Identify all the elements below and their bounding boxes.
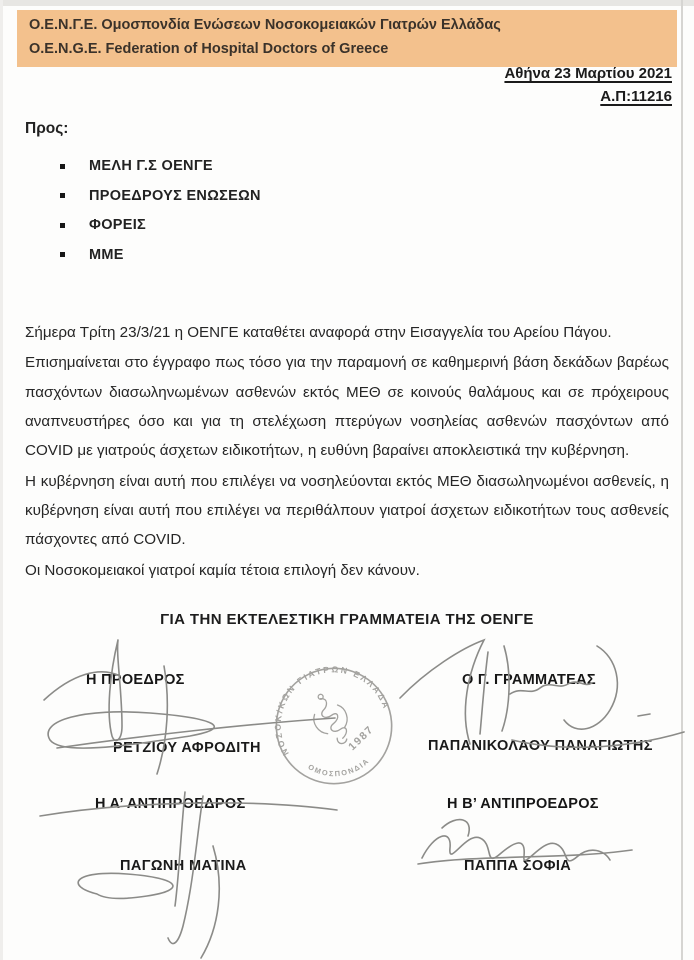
signature-role-vice-president-b: Η Β’ ΑΝΤΙΠΡΟΕΔΡΟΣ bbox=[447, 796, 599, 812]
org-header-banner: Ο.Ε.Ν.Γ.Ε. Ομοσπονδία Ενώσεων Νοσοκομεια… bbox=[17, 10, 677, 67]
signature-name-president: ΡΕΤΖΙΟΥ ΑΦΡΟΔΙΤΗ bbox=[113, 740, 261, 756]
bullet-square-icon bbox=[60, 223, 65, 228]
recipient-item: ΜΜΕ bbox=[60, 247, 261, 263]
recipient-item: ΦΟΡΕΙΣ bbox=[60, 217, 261, 233]
bullet-square-icon bbox=[60, 193, 65, 198]
closing-title: ΓΙΑ ΤΗΝ ΕΚΤΕΛΕΣΤΙΚΗ ΓΡΑΜΜΑΤΕΙΑ ΤΗΣ ΟΕΝΓΕ bbox=[0, 611, 694, 628]
recipients-label: Προς: bbox=[25, 120, 68, 138]
org-name-greek: Ο.Ε.Ν.Γ.Ε. Ομοσπονδία Ενώσεων Νοσοκομεια… bbox=[29, 14, 665, 38]
signature-role-vice-president-a: Η Α’ ΑΝΤΙΠΡΟΕΔΡΟΣ bbox=[95, 796, 245, 812]
svg-text:ΝΟΣΟΚ/ΚΩΝ ΓΙΑΤΡΩΝ ΕΛΛΑΔΑΣ: ΝΟΣΟΚ/ΚΩΝ ΓΙΑΤΡΩΝ ΕΛΛΑΔΑΣ bbox=[240, 632, 392, 766]
signature-role-president: Η ΠΡΟΕΔΡΟΣ bbox=[86, 672, 185, 688]
bullet-square-icon bbox=[60, 252, 65, 257]
body-paragraph: Επισημαίνεται στο έγγραφο πως τόσο για τ… bbox=[25, 348, 669, 465]
letter-date: Αθήνα 23 Μαρτίου 2021 bbox=[504, 62, 672, 85]
signature-name-vice-president-b: ΠΑΠΠΑ ΣΟΦΙΑ bbox=[464, 858, 571, 874]
org-name-english: O.E.N.G.E. Federation of Hospital Doctor… bbox=[29, 38, 665, 62]
signature-scribble-vice-president-b bbox=[412, 806, 668, 886]
recipient-item-label: ΜΕΛΗ Γ.Σ ΟΕΝΓΕ bbox=[89, 158, 213, 174]
recipient-item-label: ΜΜΕ bbox=[89, 247, 124, 263]
signature-name-gen-secretary: ΠΑΠΑΝΙΚΟΛΑΟΥ ΠΑΝΑΓΙΩΤΗΣ bbox=[428, 738, 653, 754]
protocol-number: Α.Π:11216 bbox=[504, 85, 672, 108]
recipient-item-label: ΦΟΡΕΙΣ bbox=[89, 217, 146, 233]
photo-edge-left bbox=[0, 0, 3, 960]
stamp-ring-text-top: ΝΟΣΟΚ/ΚΩΝ ΓΙΑΤΡΩΝ ΕΛΛΑΔΑΣ bbox=[240, 632, 392, 766]
recipient-item: ΜΕΛΗ Γ.Σ ΟΕΝΓΕ bbox=[60, 158, 261, 174]
recipient-item: ΠΡΟΕΔΡΟΥΣ ΕΝΩΣΕΩΝ bbox=[60, 188, 261, 204]
body-paragraph: Οι Νοσοκομειακοί γιατροί καμία τέτοια επ… bbox=[25, 556, 669, 585]
bullet-square-icon bbox=[60, 164, 65, 169]
recipient-item-label: ΠΡΟΕΔΡΟΥΣ ΕΝΩΣΕΩΝ bbox=[89, 188, 261, 204]
recipients-list: ΜΕΛΗ Γ.Σ ΟΕΝΓΕ ΠΡΟΕΔΡΟΥΣ ΕΝΩΣΕΩΝ ΦΟΡΕΙΣ … bbox=[60, 158, 261, 276]
signature-name-vice-president-a: ΠΑΓΩΝΗ ΜΑΤΙΝΑ bbox=[120, 858, 247, 874]
body-paragraph: Η κυβέρνηση είναι αυτή που επιλέγει να ν… bbox=[25, 467, 669, 555]
letter-document: Ο.Ε.Ν.Γ.Ε. Ομοσπονδία Ενώσεων Νοσοκομεια… bbox=[0, 0, 694, 960]
body-paragraph: Σήμερα Τρίτη 23/3/21 η ΟΕΝΓΕ καταθέτει α… bbox=[25, 318, 669, 347]
letter-meta: Αθήνα 23 Μαρτίου 2021 Α.Π:11216 bbox=[504, 62, 672, 109]
photo-edge-right bbox=[681, 0, 683, 960]
letter-body: Σήμερα Τρίτη 23/3/21 η ΟΕΝΓΕ καταθέτει α… bbox=[25, 318, 669, 586]
signature-role-gen-secretary: Ο Γ. ΓΡΑΜΜΑΤΕΑΣ bbox=[462, 672, 596, 688]
stamp-year: 1987 bbox=[346, 723, 376, 753]
signature-scribble-gen-secretary bbox=[392, 628, 688, 788]
org-stamp: ΝΟΣΟΚ/ΚΩΝ ΓΙΑΤΡΩΝ ΕΛΛΑΔΑΣ ΟΜΟΣΠΟΝΔΙΑ 198… bbox=[240, 632, 427, 819]
photo-edge-top bbox=[0, 0, 694, 6]
